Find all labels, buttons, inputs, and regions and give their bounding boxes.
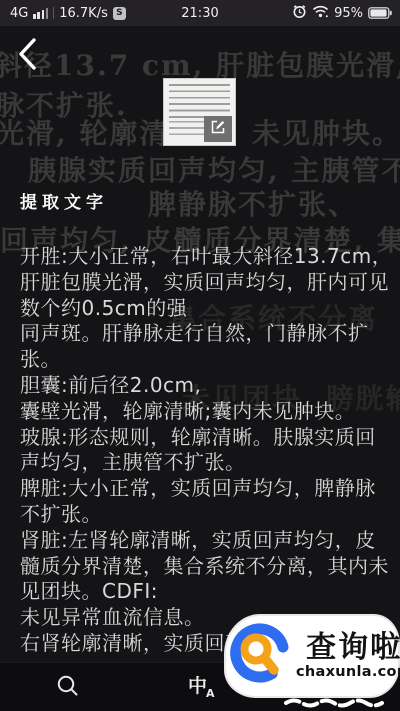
ocr-text-line: 髓质分界清楚，集合系统不分离，其内未 — [20, 554, 390, 580]
source-image-thumbnail[interactable] — [163, 78, 236, 146]
status-bar: 4G 16.7K/s S 21:30 95% — [0, 0, 400, 26]
edit-image-button[interactable] — [204, 116, 232, 142]
chaxunla-watermark: 查询啦 chaxunla.com — [226, 616, 398, 696]
ocr-text-line: 囊壁光滑，轮廓清晰;囊内未见肿块。 — [20, 399, 390, 425]
translate-button[interactable]: 中A — [188, 671, 218, 701]
edit-pencil-square-icon — [210, 119, 226, 139]
watermark-domain: chaxunla.com — [296, 664, 400, 680]
page-title: 提取文字 — [20, 188, 108, 213]
ocr-text-line: 张。 — [20, 347, 390, 373]
ocr-text-line: 数个约0.5cm的强 — [20, 296, 390, 322]
alarm-clock-icon — [292, 4, 307, 23]
thumbnail-text-lines — [169, 84, 230, 118]
translate-zh-en-icon: 中A — [188, 677, 216, 696]
ocr-text-line: 胆囊:前后径2.0cm, — [20, 373, 390, 399]
search-button[interactable] — [55, 673, 81, 699]
status-right: 95% — [292, 0, 392, 26]
watermark-text: 查询啦 chaxunla.com — [296, 632, 400, 680]
ocr-text-line: 同声斑。肝静脉走行自然，门静脉不扩 — [20, 321, 390, 347]
background-doc-line: 未见肿块。 — [252, 112, 400, 152]
chevron-left-icon — [14, 59, 44, 78]
ocr-text-line: 玻腺:形态规则，轮廓清晰。肤腺实质回 — [20, 425, 390, 451]
ocr-text-line: 见团块。CDFI: — [20, 579, 390, 605]
back-button[interactable] — [14, 34, 44, 74]
battery-icon — [368, 7, 392, 19]
extracted-text-block: 开胜:大小正常，右叶最大斜径13.7cm， 肝脏包膜光滑，实质回声均匀，肝内可见… — [20, 244, 390, 657]
screen: 4G 16.7K/s S 21:30 95% 斜径13.7 cm, 肝脏包膜光滑… — [0, 0, 400, 711]
ocr-text-line: 开胜:大小正常，右叶最大斜径13.7cm， — [20, 244, 390, 270]
ocr-text-line: 不扩张。 — [20, 502, 390, 528]
watermark-title: 查询啦 — [306, 632, 400, 664]
search-icon — [55, 684, 81, 703]
watermark-underline-squiggle — [282, 694, 392, 711]
background-doc-line: 脾静脉不扩张、 — [148, 183, 358, 223]
chaxunla-magnifier-logo-icon — [228, 620, 294, 692]
ocr-text-line: 声均匀，主胰管不扩张。 — [20, 450, 390, 476]
ocr-text-line: 脾脏:大小正常，实质回声均匀，脾静脉 — [20, 476, 390, 502]
thumbnail-text-lines — [169, 121, 205, 135]
ocr-text-line: 肾脏:左肾轮廓清晰，实质回声均匀，皮 — [20, 528, 390, 554]
ocr-text-line: 肝脏包膜光滑，实质回声均匀，肝内可见 — [20, 270, 390, 296]
battery-percent-label: 95% — [334, 6, 363, 21]
wifi-icon — [312, 5, 329, 22]
